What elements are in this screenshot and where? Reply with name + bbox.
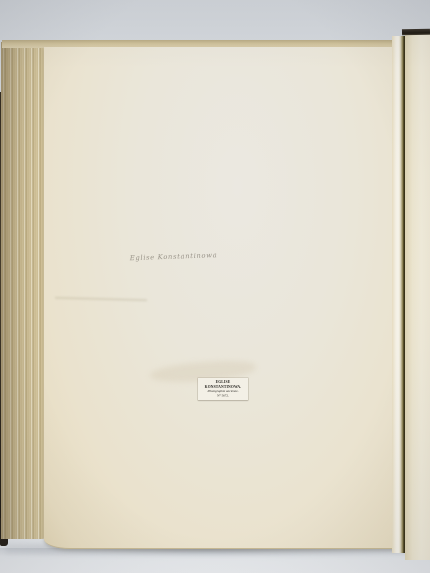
book-gutter [392,36,405,553]
catalog-label-number: N° 5672. [217,393,229,397]
catalog-label-content: EGLISE KONSTANTINOWA. Photographie ancie… [198,378,248,400]
photo-of-open-book: Eglise Konstantinowa EGLISE KONSTANTINOW… [0,0,430,573]
handwritten-inscription: Eglise Konstantinowa [130,250,241,274]
catalog-label-title: EGLISE KONSTANTINOWA. [198,380,248,389]
book-cover-top-right-edge [402,29,430,36]
pasted-catalog-label: EGLISE KONSTANTINOWA. Photographie ancie… [198,378,248,400]
right-page-edge [405,33,430,560]
